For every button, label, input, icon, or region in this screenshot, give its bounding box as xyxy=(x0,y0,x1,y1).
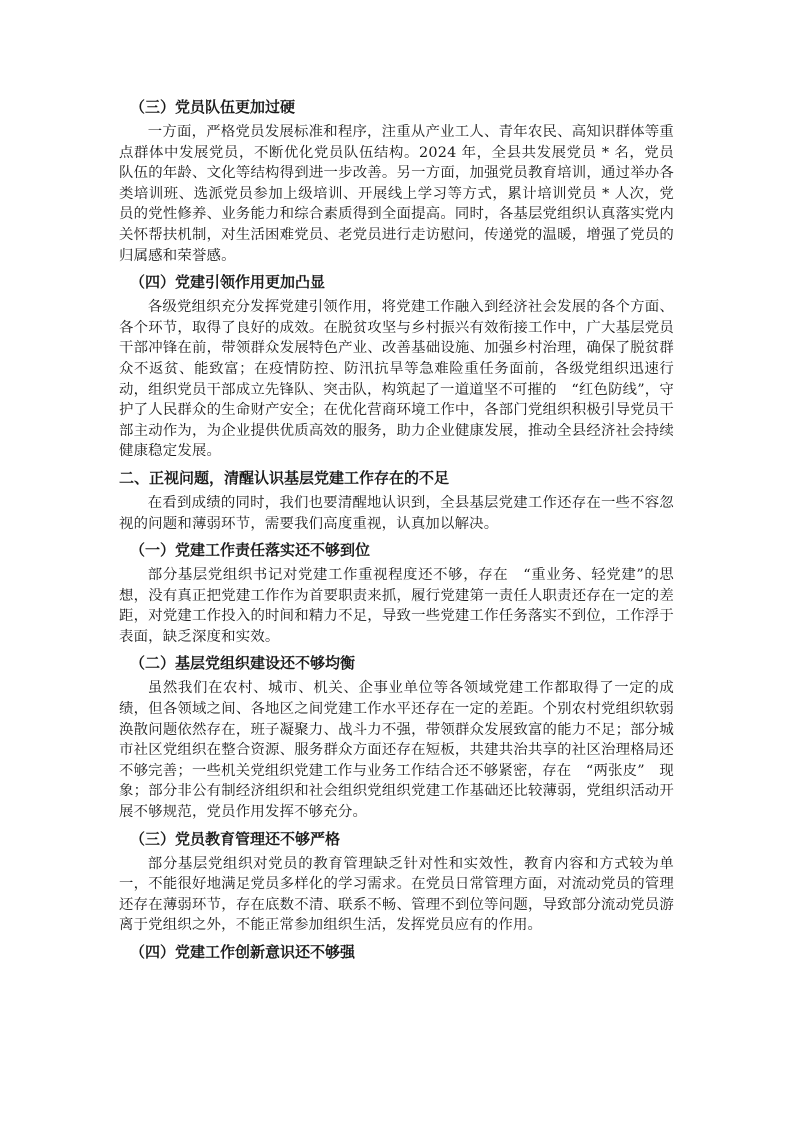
paragraph-party-lead: 各级党组织充分发挥党建引领作用，将党建工作融入到经济社会发展的各个方面、各个环节… xyxy=(119,297,674,462)
chapter-heading-problems: 二、正视问题，清醒认识基层党建工作存在的不足 xyxy=(119,467,674,493)
paragraph-balance: 虽然我们在农村、城市、机关、企事业单位等各领域党建工作都取得了一定的成绩，但各领… xyxy=(119,678,674,822)
paragraph-responsibility: 部分基层党组织书记对党建工作重视程度还不够，存在 “重业务、轻党建”的思想，没有… xyxy=(119,565,674,647)
section-heading-balance: （二）基层党组织建设还不够均衡 xyxy=(119,652,674,678)
paragraph-problems-intro: 在看到成绩的同时，我们也要清醒地认识到，全县基层党建工作还存在一些不容忽视的问题… xyxy=(119,493,674,534)
section-heading-responsibility: （一）党建工作责任落实还不够到位 xyxy=(119,539,674,565)
section-heading-education: （三）党员教育管理还不够严格 xyxy=(119,828,674,854)
paragraph-party-team: 一方面，严格党员发展标准和程序，注重从产业工人、青年农民、高知识群体等重点群体中… xyxy=(119,122,674,266)
paragraph-education: 部分基层党组织对党员的教育管理缺乏针对性和实效性，教育内容和方式较为单一，不能很… xyxy=(119,854,674,936)
section-heading-party-team: （三）党员队伍更加过硬 xyxy=(119,96,674,122)
section-heading-party-lead: （四）党建引领作用更加凸显 xyxy=(119,271,674,297)
document-page: （三）党员队伍更加过硬 一方面，严格党员发展标准和程序，注重从产业工人、青年农民… xyxy=(119,96,674,967)
section-heading-innovation: （四）党建工作创新意识还不够强 xyxy=(119,941,674,967)
